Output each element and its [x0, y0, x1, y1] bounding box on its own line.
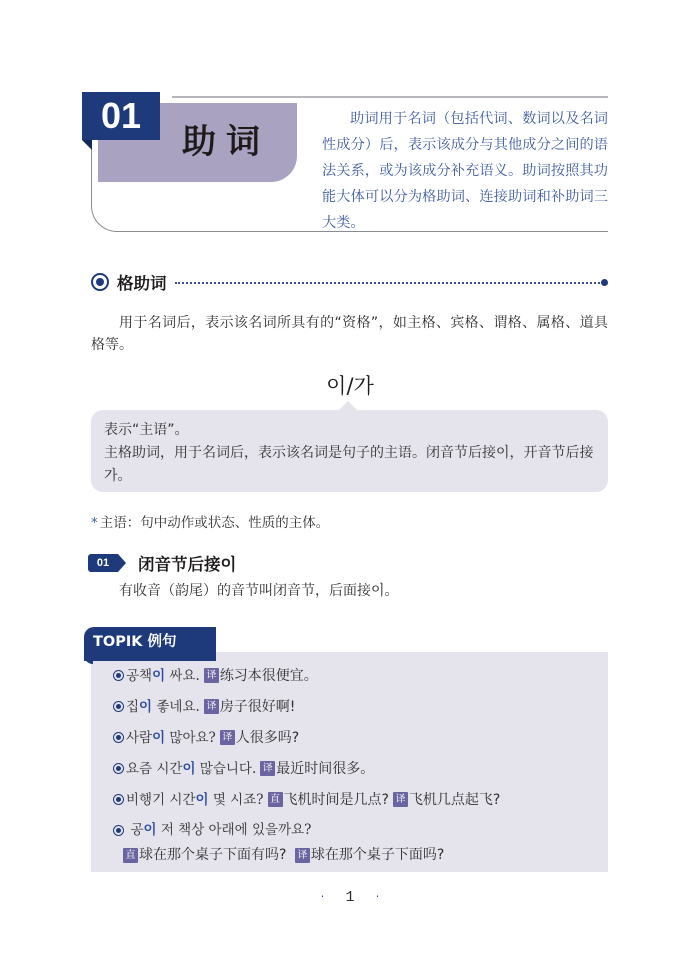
- example-translation: 球在那个桌子下面吗?: [311, 847, 444, 863]
- bullet-icon: [113, 825, 124, 836]
- bullet-icon: [113, 763, 124, 774]
- translation-tag-icon: 译: [295, 848, 310, 863]
- bubble-line-2: 主格助词，用于名词后，表示该名词是句子的主语。闭音节后接이，开音节后接가。: [104, 442, 595, 488]
- example-item: 공책이 싸요. 译 练习本很便宜。: [113, 660, 603, 691]
- page-number-value: 1: [345, 889, 354, 906]
- rule-end-dot-icon: [601, 279, 608, 286]
- example-translation-line: 直球在那个桌子下面有吗? 译球在那个桌子下面吗?: [123, 844, 603, 866]
- example-item: 비행기 시간이 몇 시죠? 直 飞机时间是几点? 译 飞机几点起飞?: [113, 784, 603, 815]
- example-korean: 비행기 시간이 몇 시죠?: [126, 789, 264, 811]
- chapter-title: 助词: [182, 114, 270, 163]
- example-korean: 공이 저 책상 아래에 있을까요?: [130, 822, 311, 838]
- literal-tag-icon: 直: [123, 848, 138, 863]
- example-translation: 练习本很便宜。: [220, 665, 318, 687]
- example-translation: 人很多吗?: [236, 727, 299, 749]
- particle-title: 이/가: [0, 370, 700, 400]
- example-item: 사람이 많아요? 译 人很多吗?: [113, 722, 603, 753]
- example-translation: 房子很好啊!: [220, 696, 296, 718]
- chapter-number-fold: [82, 140, 92, 150]
- page-dot-right-icon: ·: [375, 892, 381, 903]
- example-korean: 집이 좋네요.: [126, 696, 200, 718]
- dotted-rule: [175, 282, 601, 284]
- subsection-badge: 01: [88, 554, 118, 572]
- subsection-description: 有收音（韵尾）的音节叫闭音节，后面接이。: [119, 580, 399, 600]
- section-heading: 格助词: [91, 270, 608, 294]
- example-item: 요즘 시간이 많습니다. 译 最近时间很多。: [113, 753, 603, 784]
- footnote: *主语：句中动作或状态、性质的主体。: [91, 511, 329, 531]
- bullet-icon: [113, 701, 124, 712]
- example-item: 집이 좋네요. 译 房子很好啊!: [113, 691, 603, 722]
- translation-tag-icon: 译: [260, 761, 275, 776]
- section-intro: 用于名词后，表示该名词所具有的“资格”，如主格、宾格、谓格、属格、道具格等。: [91, 312, 608, 356]
- example-korean: 사람이 많아요?: [126, 727, 216, 749]
- example-translation: 最近时间很多。: [276, 758, 374, 780]
- chapter-number: 01: [82, 92, 160, 140]
- example-korean: 공책이 싸요.: [126, 665, 200, 687]
- translation-tag-icon: 译: [220, 730, 235, 745]
- translation-tag-icon: 译: [393, 792, 408, 807]
- examples-list: 공책이 싸요. 译 练习本很便宜。 집이 좋네요. 译 房子很好啊! 사람이 많…: [113, 660, 603, 871]
- examples-tab: TOPIK 例句: [84, 627, 216, 661]
- footnote-text: 主语：句中动作或状态、性质的主体。: [100, 515, 330, 531]
- example-translation: 飞机几点起飞?: [409, 789, 500, 811]
- bullet-icon: [113, 732, 124, 743]
- example-item: 공이 저 책상 아래에 있을까요? 直球在那个桌子下面有吗? 译球在那个桌子下面…: [113, 815, 603, 871]
- bullet-icon: [113, 670, 124, 681]
- translation-tag-icon: 译: [204, 668, 219, 683]
- subsection-heading: 01 闭音节后接이: [88, 551, 236, 575]
- section-title: 格助词: [117, 270, 167, 294]
- target-circle-icon: [91, 273, 109, 291]
- asterisk-icon: *: [91, 515, 98, 531]
- particle-explanation-bubble: 表示“主语”。 主格助词，用于名词后，表示该名词是句子的主语。闭音节后接이，开音…: [91, 410, 608, 492]
- chapter-description: 助词用于名词（包括代词、数词以及名词性成分）后，表示该成分与其他成分之间的语法关…: [322, 106, 608, 236]
- bullet-icon: [113, 794, 124, 805]
- example-literal: 球在那个桌子下面有吗?: [139, 847, 286, 863]
- example-korean: 요즘 시간이 많습니다.: [126, 758, 256, 780]
- example-literal: 飞机时间是几点?: [284, 789, 389, 811]
- literal-tag-icon: 直: [268, 792, 283, 807]
- header-top-rule: [172, 96, 608, 98]
- page-dot-left-icon: ·: [319, 892, 325, 903]
- page-number: ·1·: [0, 889, 700, 906]
- subsection-title: 闭音节后接이: [138, 551, 236, 575]
- translation-tag-icon: 译: [204, 699, 219, 714]
- bubble-line-1: 表示“主语”。: [104, 419, 595, 442]
